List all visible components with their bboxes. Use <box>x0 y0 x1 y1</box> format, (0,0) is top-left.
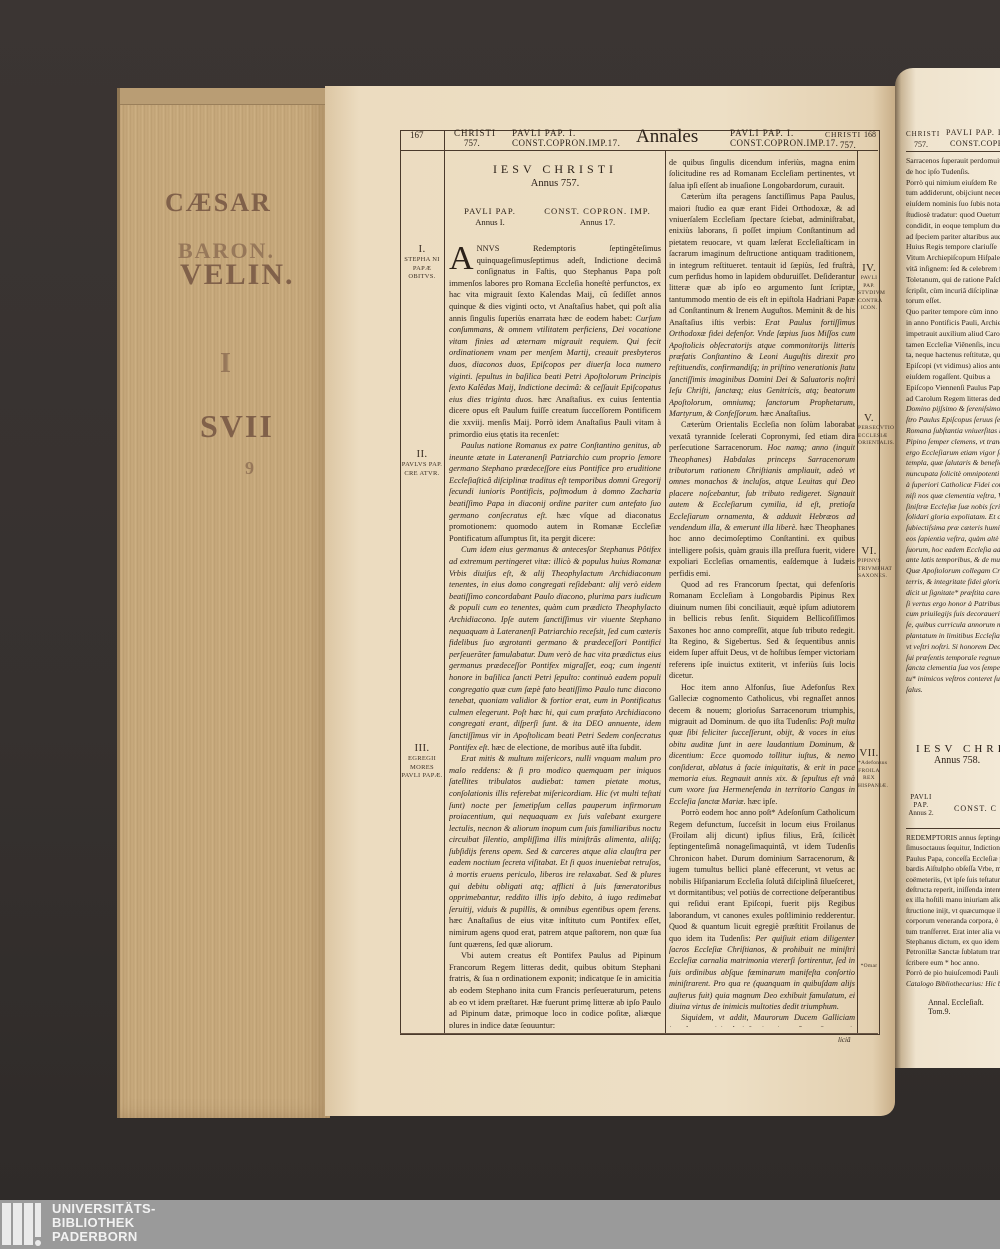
fore-edge-inscription-4: I <box>220 348 233 380</box>
catchword: liciã <box>838 1035 850 1047</box>
paragraph-4: Erat mitis & multum miſericors, nulli vn… <box>449 753 661 950</box>
margin-note-1: I. STEPHA NI PAPÆ OBITVS. <box>400 243 444 282</box>
text-line: terris, & integritate fidei gloriari. Pr <box>906 577 1000 588</box>
paragraph-11: Porrò eodem hoc anno poſt* Adeſonſum Cat… <box>669 807 855 1012</box>
text-line: Quæ Apoſtolorum collegam Creſce <box>906 566 1000 577</box>
margin-note-number: III. <box>400 742 444 755</box>
year-heading-annus: Annus 757. <box>446 177 664 190</box>
quotation-text: Paulus natione Romanus ex patre Conſtant… <box>449 441 661 520</box>
right-year-annus: Annus 758. <box>934 755 1000 766</box>
quotation-text: Erat mitis & multum miſericors, nulli vn… <box>449 754 661 914</box>
pope-year: Annus I. <box>450 217 530 228</box>
text-line: tu* inimicos veſtros conteret ſub pedibu… <box>906 674 1000 685</box>
margin-note-4: IV. PAVLI PAP. STVDIVM CONTRA ICON. <box>858 262 880 313</box>
margin-star-note: *Omar <box>858 962 880 971</box>
library-logo-text: UNIVERSITÄTS- BIBLIOTHEK PADERBORN <box>52 1202 156 1244</box>
book-top-edge <box>120 88 330 105</box>
text-line: vitâ inſignem: ſed & celebrem fu <box>906 264 1000 275</box>
paragraph-text: hæc Anaſtaſius. <box>760 409 810 418</box>
paragraph-text: Quod ad res Francorum ſpectat, qui defen… <box>669 580 855 680</box>
text-line: Domino pijſsimo & ſereniſsimo, ac tri <box>906 404 1000 415</box>
header-rule <box>400 150 878 151</box>
text-line: Epiſcopi (vt vidimus) alios antece <box>906 361 1000 372</box>
emperor-regnal-year: CONST. COPRON. IMP. Annus 17. <box>535 206 660 228</box>
text-line: ſtudiosè tradatur: quod Ouetum c <box>906 210 1000 221</box>
header-pope-right: PAVLI PAP. I. <box>730 128 794 138</box>
text-line: Epiſcopo Viennenſi Paulus Papa <box>906 383 1000 394</box>
page-number-right: 168 <box>864 130 876 139</box>
text-line: cum priuilegijs ſuis decoraueritate robo… <box>906 609 1000 620</box>
logo-line-1: UNIVERSITÄTS- <box>52 1202 156 1216</box>
text-line: dicit ut ſignitate* præſtita careat: aut… <box>906 588 1000 599</box>
running-header: 167 CHRISTI 757. PAVLI PAP. I. CONST.COP… <box>400 128 878 150</box>
text-line: ad ſpeciem pariter altaribus auct <box>906 232 1000 243</box>
text-line: ergo Eccleſiarum etiam vigor ſanctarum. <box>906 448 1000 459</box>
text-line: Petronillæ Sanctæ ſublatum tranſtulit ap… <box>906 947 1000 957</box>
column-2-text: de quibus ſingulis dicendum inferiùs, ma… <box>669 157 855 1027</box>
right-pope-year: PAVLI PAP. Annus 2. <box>906 793 936 817</box>
header-year-left: 757. <box>464 138 480 148</box>
right-page-content: CHRISTI 757. PAVLI PAP. I. CONST.COPRO S… <box>906 128 1000 1028</box>
right-header-pope: PAVLI PAP. I. <box>946 128 1000 137</box>
text-line: ex illa hoſtili manu iniuriam aliquam <box>906 895 1000 905</box>
margin-note-5: V. PERSECVTIO ECCLESIÆ ORIENTALIS. <box>858 412 880 448</box>
margin-note-3: III. EGREGII MORES PAVLI PAPÆ. <box>400 742 444 781</box>
text-line: vt veſtri noſtri. Si honorem Deo dantes <box>906 642 1000 653</box>
text-line: ſimusoctauus ſequitur, Indiction <box>906 843 1000 853</box>
paragraph-10: Hoc item anno Alfonſus, ſiue Adefonſus R… <box>669 682 855 807</box>
column-divider <box>665 150 666 1033</box>
margin-note-6: VI. PIPINVS TRIVMPHAT SAXONES. <box>858 545 880 581</box>
right-year-heading: IESV CHRIS Annus 758. <box>916 743 1000 766</box>
text-line: tum tranſferret. Erat inter alia vetus c… <box>906 927 1000 937</box>
text-line: templa, quæ ſalutaris & beneficia operat <box>906 458 1000 469</box>
text-line: eos ſapientia veſtra, quàm altè de priui… <box>906 534 1000 545</box>
paragraph-7: Cæterùm iſta peragens ſanctiſſimus Papa … <box>669 191 855 419</box>
text-line: plantatum in limitibus Eccleſiarum <box>906 631 1000 642</box>
text-line: nuncupata ſolicitè omnipotenti Deo reſ <box>906 469 1000 480</box>
emperor-label: CONST. COPRON. IMP. <box>535 206 660 217</box>
margin-note-number: II. <box>400 448 444 461</box>
margin-note-number: V. <box>858 412 880 425</box>
text-line: ſcribere eum * hoc anno. <box>906 958 1000 968</box>
text-line: condidit, in eoque templum duodec <box>906 221 1000 232</box>
fore-edge-inscription-6: 9 <box>245 458 256 479</box>
text-line: ante latis temporibus, & de munere Apoſ <box>906 555 1000 566</box>
text-line: Quo pariter tempore cùm inno <box>906 307 1000 318</box>
logo-line-2: BIBLIOTHEK <box>52 1216 156 1230</box>
left-margin-rule <box>444 130 445 1033</box>
paragraph-text: de quibus ſingulis dicendum inferiùs, ma… <box>669 158 855 190</box>
signature-mark: Annal. Eccleſiaſt. Tom.9. <box>928 998 1000 1016</box>
margin-note-2: II. PAVLVS PAP. CRE ATVR. <box>400 448 444 478</box>
text-line: deſtructa reperit, iniſſenda intentus; n… <box>906 885 1000 895</box>
paragraph-6: de quibus ſingulis dicendum inferiùs, ma… <box>669 157 855 191</box>
margin-note-text: EGREGII MORES PAVLI PAPÆ. <box>401 755 442 779</box>
text-line: Porrò de pio huiuſcemodi Pauli Pon <box>906 968 1000 978</box>
drop-cap: A <box>449 245 474 273</box>
text-line: bardis Aiſtulpho obſeſſa Vrbe, maximum <box>906 864 1000 874</box>
right-header-year: 757. <box>914 140 928 149</box>
column-1-text: ANNVS Redemptoris ſeptingẽteſimus quinqu… <box>449 243 661 1028</box>
right-pope-label: PAVLI PAP. <box>906 793 936 809</box>
quotation-text: Per quiſiuit etiam diligenter ſacros Ecc… <box>669 934 855 1011</box>
paragraph-text: hæc ipſe. <box>748 797 778 806</box>
text-line: de hoc ipſo Tudenſis. <box>906 167 1000 178</box>
header-christi-left: CHRISTI <box>454 128 496 138</box>
right-page-text-block-1: Sarracenos ſuperauit perdomuitq; N. de h… <box>906 156 1000 696</box>
paragraph-8: Cæterùm Orientalis Eccleſia non ſolùm la… <box>669 419 855 579</box>
text-line: niſi nos quæ clementia veſtra, Vienn <box>906 491 1000 502</box>
paragraph-3: Cum idem eius germanus & antecesſor Step… <box>449 544 661 753</box>
text-line: à ſuperiori Catholicæ Fidei conſeruare <box>906 480 1000 491</box>
text-line: Porrò qui nimium eiuſdem Re <box>906 178 1000 189</box>
paragraph-text: Cæterùm iſta peragens ſanctiſſimus Papa … <box>669 192 855 326</box>
paragraph-9: Quod ad res Francorum ſpectat, qui defen… <box>669 579 855 682</box>
right-emperor-label: CONST. C <box>954 804 997 813</box>
paragraph-1: ANNVS Redemptoris ſeptingẽteſimus quinqu… <box>449 243 661 440</box>
text-line: eiuſdem nominis ſuo ſubis notam i <box>906 199 1000 210</box>
quotation-text: Erat Paulus fortiſſimus Orthodoxæ fidei … <box>669 318 855 418</box>
text-line: Pipino ſemper clemens, vt tranquillitate <box>906 437 1000 448</box>
text-line: ſiniſtræ Eccleſiæ ſuæ nobis ſcripta miſ <box>906 502 1000 513</box>
margin-note-text: STEPHA NI PAPÆ OBITVS. <box>404 256 439 280</box>
text-line: Romana ſubſtantia vniuerſitas hoc vobi <box>906 426 1000 437</box>
paragraph-5: Vbi autem creatus eſt Pontifex Paulus ad… <box>449 950 661 1028</box>
text-line: Stephanus dictum, ex quo idem Pontifex <box>906 937 1000 947</box>
text-line: Sarracenos ſuperauit perdomuitq; N. <box>906 156 1000 167</box>
text-line: ſolidari gloria expoliatam. Et cùm ſu <box>906 512 1000 523</box>
paragraph-text: Porrò eodem hoc anno poſt* Adeſonſum Cat… <box>669 808 855 942</box>
text-line: Huius Regis tempore clariuſſe <box>906 242 1000 253</box>
paragraph-text: hæc de electione, de moribus autẽ iſta ſ… <box>492 743 642 752</box>
text-line: ſancta clementia ſua vos ſemper vmbracu <box>906 663 1000 674</box>
text-line: ad Carolum Regem litteras dedit: a <box>906 394 1000 405</box>
text-line: tum addiderunt, obijciunt necem fra <box>906 188 1000 199</box>
text-line: ſe, quibus curricula annorum manet indij <box>906 620 1000 631</box>
text-line: ſuorum, hoc eadem Eccleſia adornata flor… <box>906 545 1000 556</box>
text-line: ſtro Paulus Epiſcopus ſeruus ſeruorum De… <box>906 415 1000 426</box>
text-line: ſi vertus ergo honor à Patribus magnis <box>906 599 1000 610</box>
margin-note-number: VII. <box>858 747 880 760</box>
text-line: ſubiectiſsima præ cæteris humiliter rebu… <box>906 523 1000 534</box>
text-line: eiuſdem rogaſſent. Quibus a <box>906 372 1000 383</box>
margin-note-text: PAVLVS PAP. CRE ATVR. <box>402 461 442 477</box>
text-line: Paulus Papa, conceſſa Eccleſiæ pace, ad <box>906 854 1000 864</box>
header-pope-left: PAVLI PAP. I. <box>512 128 576 138</box>
margin-note-number: VI. <box>858 545 880 558</box>
fore-edge-inscription-5: SVII <box>200 408 274 445</box>
paragraph-12: Siquidem, vt addit, Maurorum Ducem Galli… <box>669 1012 855 1027</box>
text-line: impetrauit auxilium aliud Carolu <box>906 329 1000 340</box>
header-christi-right: CHRISTI <box>825 130 861 139</box>
fore-edge-inscription-3: VELIN. <box>180 258 295 292</box>
text-line: coëmeteriis, (vt ipſe ſuis teſtatur litt… <box>906 875 1000 885</box>
library-logo-icon <box>2 1203 44 1247</box>
quotation-text: Curſum conſummans, & omnem vtilitatem pe… <box>449 314 661 404</box>
text-line: REDEMPTORIS annus ſeptingent <box>906 833 1000 843</box>
pope-regnal-year: PAVLI PAP. Annus I. <box>450 206 530 228</box>
header-year-right: 757. <box>840 140 856 150</box>
page-number: 167 <box>410 130 424 140</box>
emperor-year: Annus 17. <box>535 217 660 228</box>
book-fore-edge: CÆSAR BARON. VELIN. I SVII 9 <box>117 88 330 1118</box>
text-line: Vitum Archiepiſcopum Hiſpalen <box>906 253 1000 264</box>
paragraph-text: NNVS Redemptoris ſeptingẽteſimus quinqua… <box>449 244 661 323</box>
text-line: Catalogo Bibliothecarius: Hic beatiſsimu… <box>906 979 1000 989</box>
right-page-text-block-2: REDEMPTORIS annus ſeptingent ſimusoctauu… <box>906 833 1000 989</box>
quotation-text: Siquidem, vt addit, Maurorum Ducem Galli… <box>669 1013 855 1027</box>
quotation-text: Cum idem eius germanus & antecesſor Step… <box>449 545 661 751</box>
bottom-rule <box>400 1033 878 1034</box>
text-line: Toletanum, qui de ratione Paſchatis <box>906 275 1000 286</box>
paragraph-text: Vbi autem creatus eſt Pontifex Paulus ad… <box>449 951 661 1028</box>
text-line: ſcripſit, cùm incuriâ diſciplinæ in c <box>906 286 1000 297</box>
paragraph-text: hæc Anaſtaſius de eius vitæ inſtituto cu… <box>449 916 661 948</box>
text-line: ta, neque hactenus reſtitutæ, quamu <box>906 350 1000 361</box>
text-line: ſalus. <box>906 685 1000 696</box>
text-line: in anno Pontificis Pauli, Archiepiſc <box>906 318 1000 329</box>
quotation-text: Hoc namq; anno (inquit Theophanes) Habda… <box>669 443 855 532</box>
pope-label: PAVLI PAP. <box>450 206 530 217</box>
margin-note-7: VII. *Adefonsus FROILA REX HISPANIÆ. <box>858 747 880 790</box>
quotation-text: Poſt multa quæ ſibi feliciter ſucceſſeru… <box>669 717 855 806</box>
text-line: corporum veneranda corpora, è ſepulchris… <box>906 916 1000 926</box>
margin-note-number: IV. <box>858 262 880 275</box>
year-heading-title: IESV CHRISTI <box>446 162 664 177</box>
header-emperor-right: CONST.COPRON.IMP.17. <box>730 138 838 148</box>
right-header-christi: CHRISTI <box>906 130 940 138</box>
text-line: tamen Eccleſiæ Viẽnenſis, incurſu S <box>906 340 1000 351</box>
year-heading: IESV CHRISTI Annus 757. <box>446 162 664 190</box>
header-title: Annales <box>636 126 698 148</box>
margin-note-number: I. <box>400 243 444 256</box>
text-line: ſtructione inijt, vt quæcumque illic obu… <box>906 906 1000 916</box>
right-pope-annus: Annus 2. <box>906 809 936 817</box>
right-header-emperor: CONST.COPRO <box>950 139 1000 148</box>
logo-line-3: PADERBORN <box>52 1230 156 1244</box>
header-emperor-left: CONST.COPRON.IMP.17. <box>512 138 620 148</box>
right-year-title: IESV CHRIS <box>916 743 1000 755</box>
right-page-rule <box>906 828 1000 829</box>
text-line: ſui præſentis temporale regnum cum merce… <box>906 653 1000 664</box>
fore-edge-inscription-1: CÆSAR <box>165 188 272 218</box>
paragraph-2: Paulus natione Romanus ex patre Conſtant… <box>449 440 661 544</box>
text-line: torum eſſet. <box>906 296 1000 307</box>
